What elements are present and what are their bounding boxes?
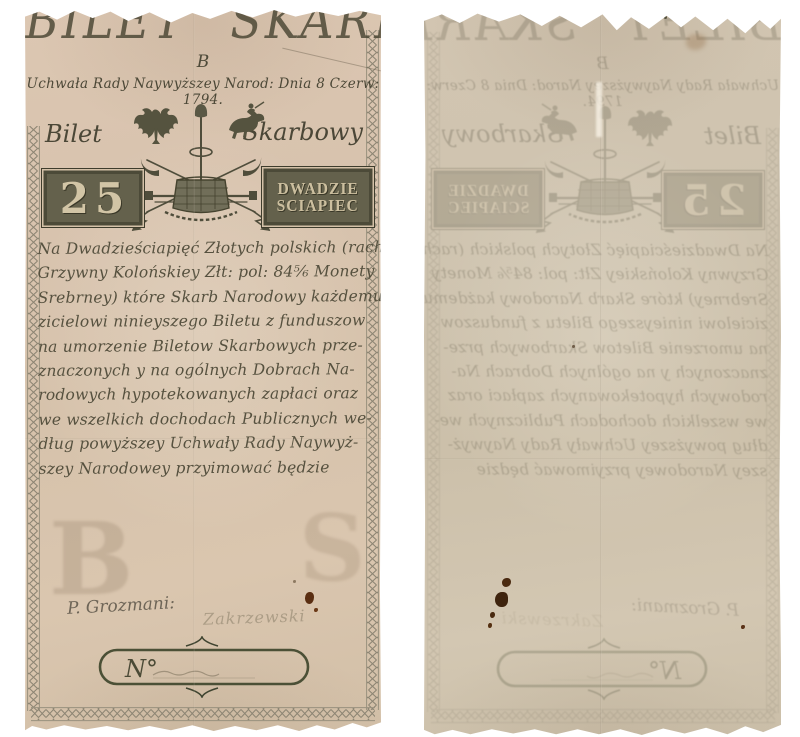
ink-stain [488,623,492,628]
banknote-reverse: BILET SKARBOWY B Uchwała Rady Naywyższey… [424,10,781,735]
ink-stain [502,578,511,587]
ink-stain [495,592,508,607]
ink-stain [314,608,318,612]
crease-line [282,48,381,74]
fold-line-horizontal [25,438,381,440]
ink-stain [293,580,296,583]
fold-line-vertical [600,10,602,735]
paper-watermark-left: B [49,500,134,618]
ink-stain [741,625,745,629]
front-aging: B S [25,8,381,731]
back-aging [424,10,781,735]
paper-watermark-right: S [299,494,365,602]
foxing-smudge [686,34,706,50]
photo-canvas: BILET SKARBOWY B Uchwała Rady Naywyższey… [0,0,800,737]
ink-stain [572,345,575,348]
ink-stain [664,16,667,19]
fold-line-vertical [193,8,195,731]
fold-line-horizontal [424,458,781,460]
ink-stain [490,612,495,618]
ink-stain [305,592,314,604]
banknote-obverse: BILET SKARBOWY B Uchwała Rady Naywyższey… [25,8,381,731]
